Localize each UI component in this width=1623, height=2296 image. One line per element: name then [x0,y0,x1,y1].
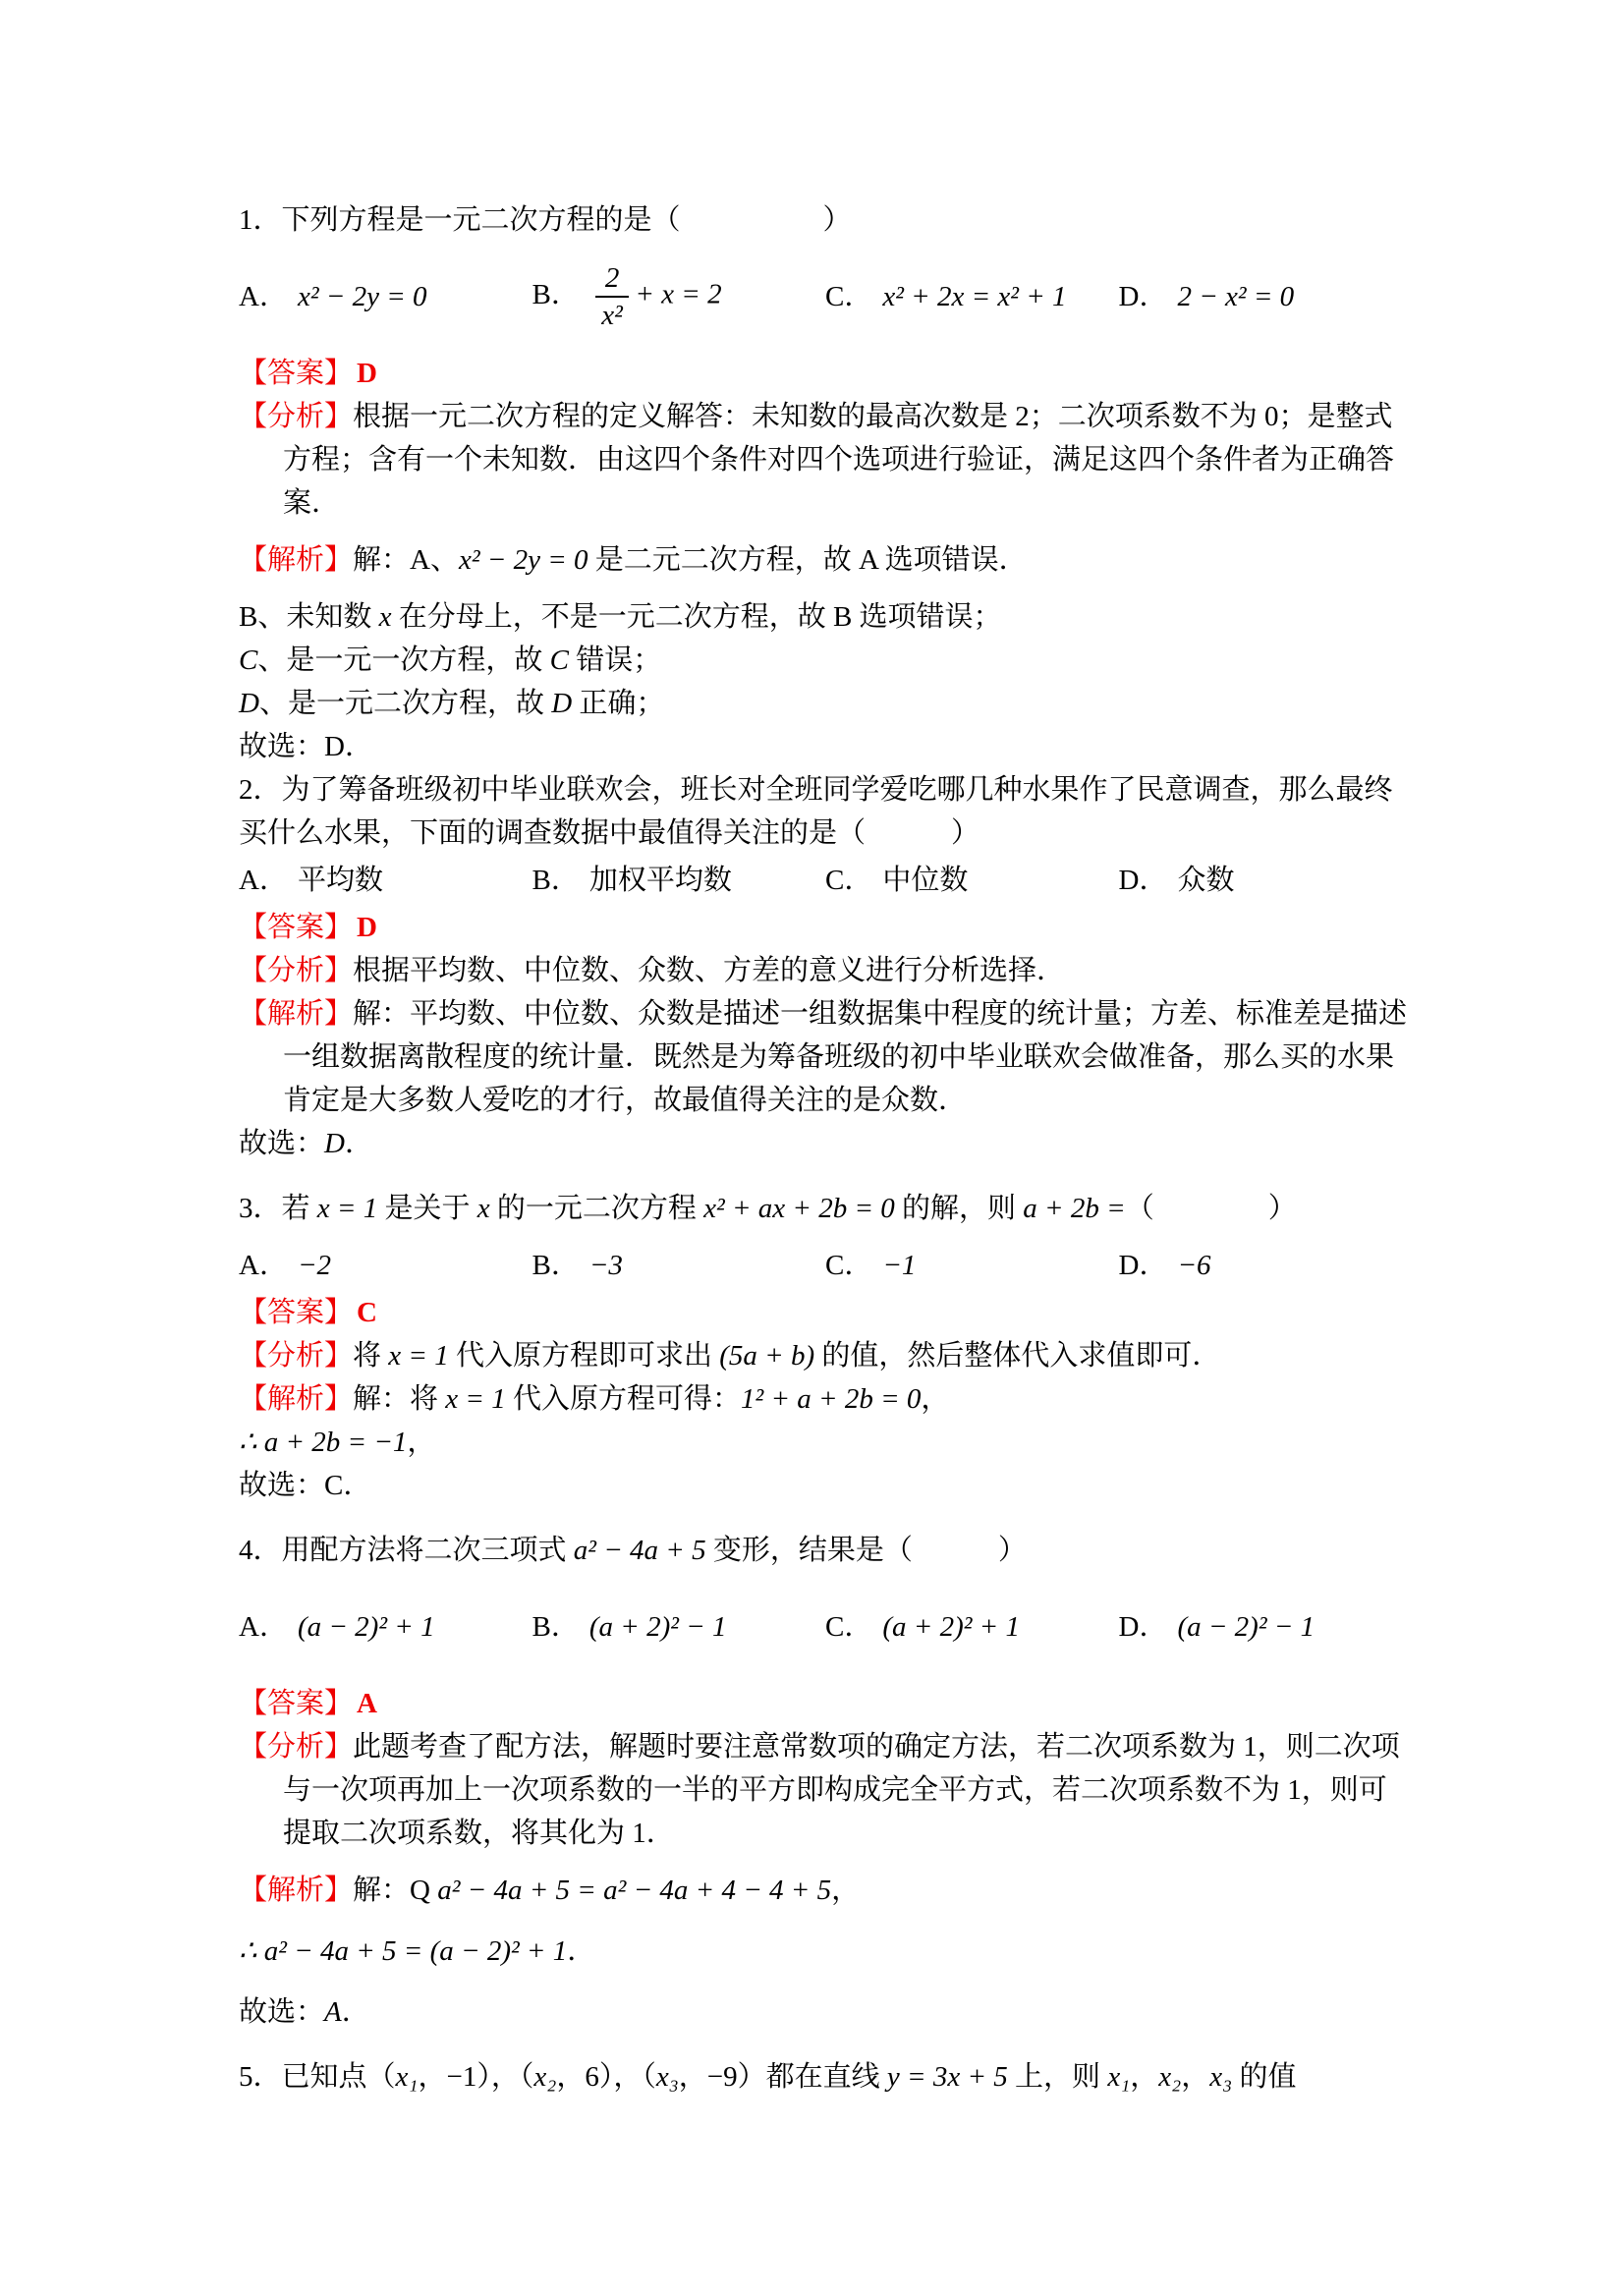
q4-option-b: B．(a + 2)² − 1 [532,1605,826,1649]
q4-option-b-label: B． [532,1611,580,1643]
q3-options: A．−2 B．−3 C．−1 D．−6 [239,1244,1412,1287]
q3-title: 3．若 x = 1 是关于 x 的一元二次方程 x² + ax + 2b = 0… [239,1187,1412,1230]
q4-option-c-label: C． [825,1611,872,1643]
q2-answer-value: D [353,912,377,943]
q1-option-d-label: D． [1119,281,1168,312]
q1-option-b-fraction: 2x² [595,260,630,333]
q2-option-a-text: 平均数 [298,865,383,896]
q3-deduction: ∴ a + 2b = −1， [239,1421,1412,1464]
q4-option-d: D．(a − 2)² − 1 [1119,1605,1413,1649]
q3-option-c-math: −1 [882,1250,916,1281]
q2-title: 2．为了筹备班级初中毕业联欢会，班长对全班同学爱吃哪几种水果作了民意调查，那么最… [239,768,1412,855]
q1-step-c: C、是一元一次方程，故 C 错误； [239,639,1412,682]
analysis-label: 【分析】 [239,1731,353,1763]
q2-conclusion: 故选：D． [239,1122,1412,1165]
q1-title: 1．下列方程是一元二次方程的是（ ） [239,198,1412,242]
q1-option-d-math: 2 − x² = 0 [1177,281,1294,312]
q1-options: A．x² − 2y = 0 B．2x²+ x = 2 C．x² + 2x = x… [239,250,1412,344]
q4-answer-value: A [353,1688,377,1719]
q4-option-d-label: D． [1119,1611,1168,1643]
q4-conclusion: 故选：A． [239,1990,1412,2034]
question-5: 5．已知点（x₁，−1），（x₂，6），（x₃，−9）都在直线 y = 3x +… [239,2055,1412,2099]
q1-option-b-tail: + x = 2 [635,279,721,310]
q2-option-d-label: D． [1119,865,1168,896]
q4-title: 4．用配方法将二次三项式 a² − 4a + 5 变形，结果是（ ） [239,1529,1412,1572]
q4-options: A．(a − 2)² + 1 B．(a + 2)² − 1 C．(a + 2)²… [239,1580,1412,1674]
q2-explain-text: 解：平均数、中位数、众数是描述一组数据集中程度的统计量；方差、标准差是描述一组数… [283,998,1407,1116]
q1-analysis-line: 【分析】根据一元二次方程的定义解答：未知数的最高次数是 2；二次项系数不为 0；… [239,395,1412,525]
q2-option-b-text: 加权平均数 [589,865,732,896]
q4-answer-line: 【答案】A [239,1682,1412,1725]
q1-option-b-numerator: 2 [595,260,630,298]
document-page: 1．下列方程是一元二次方程的是（ ） A．x² − 2y = 0 B．2x²+ … [0,0,1623,2099]
q3-option-b-math: −3 [589,1250,623,1281]
q3-option-b-label: B． [532,1250,580,1281]
q5-title: 5．已知点（x₁，−1），（x₂，6），（x₃，−9）都在直线 y = 3x +… [239,2055,1412,2099]
explain-label: 【解析】 [239,544,353,576]
q4-explain-line: 【解析】解：Q a² − 4a + 5 = a² − 4a + 4 − 4 + … [239,1869,1412,1912]
q3-option-a-math: −2 [298,1250,331,1281]
q3-answer-value: C [353,1297,377,1328]
q4-explain-text: 解：Q a² − 4a + 5 = a² − 4a + 4 − 4 + 5， [353,1875,860,1906]
answer-label: 【答案】 [239,1688,353,1719]
q4-option-b-math: (a + 2)² − 1 [589,1611,727,1643]
q3-option-b: B．−3 [532,1244,826,1287]
question-3: 3．若 x = 1 是关于 x 的一元二次方程 x² + ax + 2b = 0… [239,1187,1412,1507]
answer-label: 【答案】 [239,1297,353,1328]
q3-answer-line: 【答案】C [239,1291,1412,1334]
q1-option-a-label: A． [239,281,288,312]
q1-option-b: B．2x²+ x = 2 [532,260,826,333]
q2-option-d: D．众数 [1119,859,1413,902]
q2-answer-line: 【答案】D [239,906,1412,949]
q3-option-d-label: D． [1119,1250,1168,1281]
question-1: 1．下列方程是一元二次方程的是（ ） A．x² − 2y = 0 B．2x²+ … [239,198,1412,768]
q1-option-b-label: B． [532,279,580,310]
q2-option-d-text: 众数 [1177,865,1234,896]
q4-option-c: C．(a + 2)² + 1 [825,1605,1119,1649]
q4-option-c-math: (a + 2)² + 1 [882,1611,1020,1643]
q4-option-a-label: A． [239,1611,288,1643]
q1-step-b: B、未知数 x 在分母上，不是一元二次方程，故 B 选项错误； [239,595,1412,639]
q4-option-a: A．(a − 2)² + 1 [239,1605,532,1649]
explain-label: 【解析】 [239,998,353,1030]
q4-option-d-math: (a − 2)² − 1 [1177,1611,1315,1643]
q3-option-d-math: −6 [1177,1250,1210,1281]
q1-answer-line: 【答案】D [239,352,1412,395]
q1-option-b-denominator: x² [601,298,623,333]
q3-analysis-line: 【分析】将 x = 1 代入原方程即可求出 (5a + b) 的值，然后整体代入… [239,1334,1412,1377]
q1-answer-value: D [353,358,377,389]
q3-conclusion: 故选：C． [239,1464,1412,1507]
q4-option-a-math: (a − 2)² + 1 [298,1611,435,1643]
answer-label: 【答案】 [239,358,353,389]
q1-option-a-math: x² − 2y = 0 [298,281,427,312]
q1-option-a: A．x² − 2y = 0 [239,275,532,318]
analysis-label: 【分析】 [239,401,353,432]
q4-deduction: ∴ a² − 4a + 5 = (a − 2)² + 1． [239,1930,1412,1973]
q4-analysis-text: 此题考查了配方法，解题时要注意常数项的确定方法，若二次项系数为 1，则二次项与一… [283,1731,1400,1849]
q2-option-c-label: C． [825,865,872,896]
explain-label: 【解析】 [239,1875,353,1906]
q4-analysis-line: 【分析】此题考查了配方法，解题时要注意常数项的确定方法，若二次项系数为 1，则二… [239,1725,1412,1855]
q2-option-b-label: B． [532,865,580,896]
q3-option-c: C．−1 [825,1244,1119,1287]
q1-option-d: D．2 − x² = 0 [1119,275,1413,318]
q2-option-c: C．中位数 [825,859,1119,902]
question-2: 2．为了筹备班级初中毕业联欢会，班长对全班同学爱吃哪几种水果作了民意调查，那么最… [239,768,1412,1165]
q1-conclusion: 故选：D． [239,725,1412,768]
q2-option-a-label: A． [239,865,288,896]
q2-option-a: A．平均数 [239,859,532,902]
q1-step-d: D、是一元二次方程，故 D 正确； [239,682,1412,725]
q3-option-a: A．−2 [239,1244,532,1287]
q2-explain-line: 【解析】解：平均数、中位数、众数是描述一组数据集中程度的统计量；方差、标准差是描… [239,992,1412,1122]
q2-analysis-text: 根据平均数、中位数、众数、方差的意义进行分析选择． [353,955,1065,986]
q1-option-c-math: x² + 2x = x² + 1 [882,281,1066,312]
answer-label: 【答案】 [239,912,353,943]
question-4: 4．用配方法将二次三项式 a² − 4a + 5 变形，结果是（ ） A．(a … [239,1529,1412,2034]
q1-option-c-label: C． [825,281,872,312]
q3-option-d: D．−6 [1119,1244,1413,1287]
q3-option-a-label: A． [239,1250,288,1281]
q2-analysis-line: 【分析】根据平均数、中位数、众数、方差的意义进行分析选择． [239,949,1412,992]
q3-explain-text: 解：将 x = 1 代入原方程可得：1² + a + 2b = 0， [353,1383,949,1415]
q1-option-c: C．x² + 2x = x² + 1 [825,275,1119,318]
q2-option-c-text: 中位数 [882,865,968,896]
analysis-label: 【分析】 [239,1340,353,1372]
q1-explain-line: 【解析】解：A、x² − 2y = 0 是二元二次方程，故 A 选项错误． [239,538,1412,582]
q1-explain-text: 解：A、x² − 2y = 0 是二元二次方程，故 A 选项错误． [353,544,1028,576]
q1-analysis-text: 根据一元二次方程的定义解答：未知数的最高次数是 2；二次项系数不为 0；是整式方… [283,401,1394,519]
q2-options: A．平均数 B．加权平均数 C．中位数 D．众数 [239,859,1412,902]
q2-option-b: B．加权平均数 [532,859,826,902]
explain-label: 【解析】 [239,1383,353,1415]
analysis-label: 【分析】 [239,955,353,986]
q3-option-c-label: C． [825,1250,872,1281]
q3-analysis-text: 将 x = 1 代入原方程即可求出 (5a + b) 的值，然后整体代入求值即可… [353,1340,1220,1372]
q3-explain-line: 【解析】解：将 x = 1 代入原方程可得：1² + a + 2b = 0， [239,1377,1412,1421]
